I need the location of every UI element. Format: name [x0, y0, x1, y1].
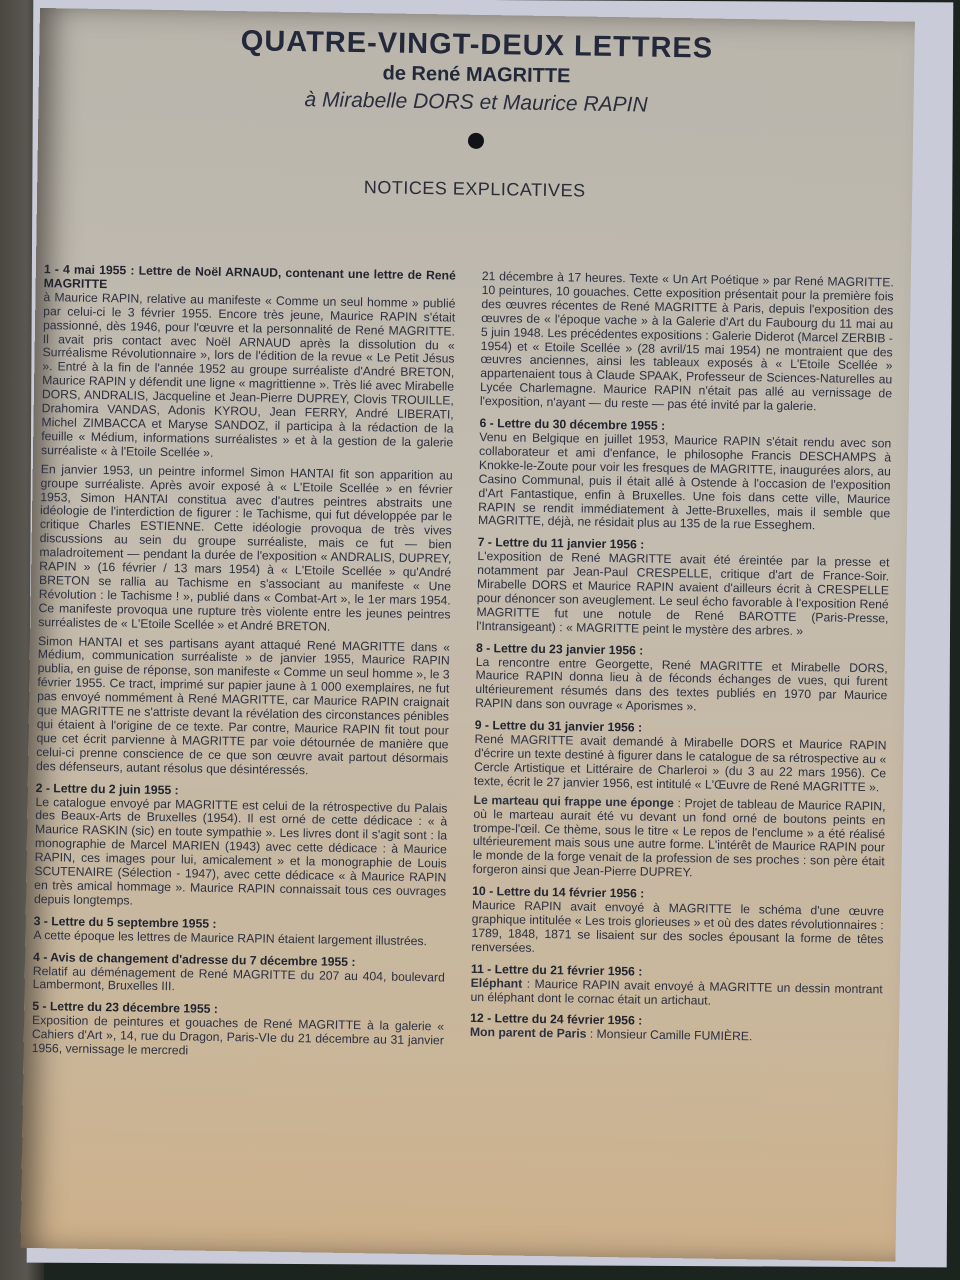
- notice-paragraph: La rencontre entre Georgette, René MAGRI…: [475, 655, 888, 717]
- notice-paragraph: En janvier 1953, un peintre informel Sim…: [38, 463, 453, 636]
- notice-entry-4: 4 - Avis de changement d'adresse du 7 dé…: [33, 951, 446, 999]
- notice-paragraph: Le catalogue envoyé par MAGRITTE est cel…: [34, 796, 448, 914]
- right-column: 21 décembre à 17 heures. Texte « Un Art …: [469, 270, 894, 1077]
- notice-paragraph: Maurice RAPIN avait envoyé à MAGRITTE le…: [471, 899, 884, 961]
- notice-paragraph: Eléphant : Maurice RAPIN avait envoyé à …: [470, 976, 882, 1010]
- notice-entry-7: 7 - Lettre du 11 janvier 1956 : L'exposi…: [476, 536, 889, 640]
- notice-entry-5: 5 - Lettre du 23 décembre 1955 : Exposit…: [32, 1000, 445, 1062]
- notice-entry-1: 1 - 4 mai 1955 : Lettre de Noël ARNAUD, …: [36, 263, 456, 780]
- page-header: QUATRE-VINGT-DEUX LETTRES de René MAGRIT…: [37, 22, 915, 207]
- section-title: NOTICES EXPLICATIVES: [37, 172, 912, 207]
- artwork-description: : Monsieur Camille FUMIÈRE.: [586, 1027, 752, 1044]
- artwork-title: Mon parent de Paris: [470, 1025, 587, 1041]
- notice-entry-10: 10 - Lettre du 14 février 1956 : Maurice…: [471, 885, 884, 961]
- notice-paragraph: Simon HANTAI et ses partisans ayant atta…: [36, 635, 450, 781]
- notice-entry-3: 3 - Lettre du 5 septembre 1955 : A cette…: [33, 915, 445, 949]
- notice-paragraph: L'exposition de René MAGRITTE avait été …: [476, 550, 889, 640]
- text-columns: 1 - 4 mai 1955 : Lettre de Noël ARNAUD, …: [31, 263, 893, 1077]
- notice-entry-8: 8 - Lettre du 23 janvier 1956 : La renco…: [475, 642, 888, 718]
- notice-paragraph: Le marteau qui frappe une éponge : Proje…: [472, 794, 885, 884]
- artwork-title: Eléphant: [471, 975, 523, 990]
- notice-entry-11: 11 - Lettre du 21 février 1956 : Eléphan…: [470, 963, 883, 1011]
- notice-entry-12: 12 - Lettre du 24 février 1956 : Mon par…: [470, 1012, 882, 1046]
- notice-paragraph: Venu en Belgique en juillet 1953, Mauric…: [478, 431, 891, 535]
- notice-entry-6: 6 - Lettre du 30 décembre 1955 : Venu en…: [478, 417, 892, 535]
- notice-paragraph: René MAGRITTE avait demandé à Mirabelle …: [474, 733, 887, 795]
- notice-entry-9: 9 - Lettre du 31 janvier 1956 : René MAG…: [472, 719, 886, 883]
- notice-paragraph: 21 décembre à 17 heures. Texte « Un Art …: [480, 270, 894, 416]
- notice-paragraph: Exposition de peintures et gouaches de R…: [32, 1014, 445, 1062]
- notice-paragraph: à Maurice RAPIN, relative au manifeste «…: [41, 291, 456, 464]
- notice-entry-5-continued: 21 décembre à 17 heures. Texte « Un Art …: [480, 270, 894, 416]
- book-page: QUATRE-VINGT-DEUX LETTRES de René MAGRIT…: [21, 8, 915, 1262]
- artwork-description: : Projet de tableau de Maurice RAPIN, où…: [472, 796, 885, 880]
- bullet-ornament-icon: [467, 133, 483, 149]
- left-column: 1 - 4 mai 1955 : Lettre de Noël ARNAUD, …: [31, 263, 456, 1070]
- artwork-description: : Maurice RAPIN avait envoyé à MAGRITTE …: [470, 976, 882, 1007]
- notice-entry-2: 2 - Lettre du 2 juin 1955 : Le catalogue…: [34, 782, 448, 914]
- notice-paragraph: Relatif au déménagement de René MAGRITTE…: [33, 965, 445, 999]
